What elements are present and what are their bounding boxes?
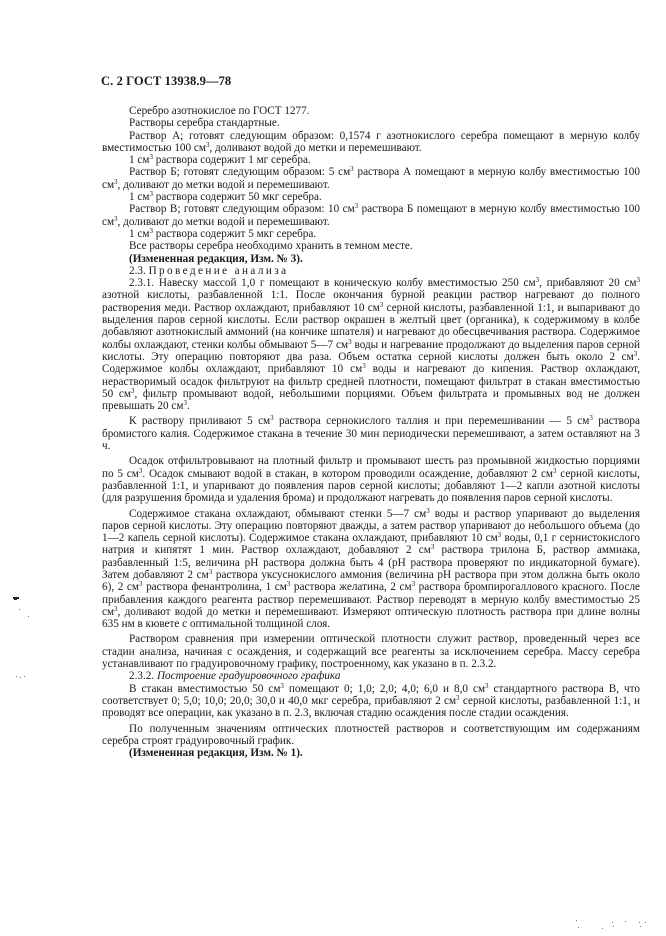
text-run: Раствор Б; готовят следующим образом: 5 … bbox=[129, 166, 350, 178]
text-run: , доливают водой до метки и перемешивают… bbox=[209, 142, 421, 154]
text-run: раствора желатина, 2 см bbox=[290, 581, 411, 593]
text-run: 2.3.1. Навеску массой 1,0 г помещают в к… bbox=[129, 277, 536, 289]
paragraph: В стакан вместимостью 50 см3 помещают 0;… bbox=[102, 683, 640, 720]
scan-speck bbox=[640, 926, 641, 927]
paragraph: (Измененная редакция, Изм. № 3). bbox=[102, 253, 640, 265]
text-run: Раствор В; готовят следующим образом: 10… bbox=[129, 203, 355, 215]
scan-speck bbox=[19, 609, 20, 610]
scan-speck bbox=[613, 926, 614, 927]
text-run: , прибавляют 20 см bbox=[539, 277, 636, 289]
scan-speck bbox=[602, 928, 603, 929]
text-run: (Измененная редакция, Изм. № 3). bbox=[129, 253, 303, 265]
paragraph: По полученным значениям оптических плотн… bbox=[102, 723, 640, 748]
page-header-title: С. 2 ГОСТ 13938.9—78 bbox=[101, 74, 231, 88]
scan-speck bbox=[28, 616, 29, 617]
scan-speck bbox=[625, 921, 626, 922]
text-run: помещают 0; 1,0; 2,0; 4,0; 6,0 и 8,0 см bbox=[284, 683, 485, 695]
text-run: . bbox=[187, 400, 190, 412]
paragraph: 2.3. Проведение анализа bbox=[102, 265, 640, 277]
text-run: , доливают водой до метки и перемешивают… bbox=[102, 606, 640, 630]
scan-speck bbox=[20, 677, 21, 678]
scan-speck bbox=[645, 922, 646, 923]
text-run: . Осадок смывают водой в стакан, в котор… bbox=[142, 468, 553, 480]
text-run: 1 см bbox=[129, 154, 149, 166]
text-run: Растворы серебра стандартные. bbox=[129, 117, 280, 129]
paragraph: 1 см3 раствора содержит 50 мкг серебра. bbox=[102, 191, 640, 203]
paragraph: Содержимое стакана охлаждают, обмывают с… bbox=[102, 508, 640, 631]
scan-speck bbox=[24, 676, 25, 677]
paragraph: Осадок отфильтровывают на плотный фильтр… bbox=[102, 455, 640, 504]
text-run: В стакан вместимостью 50 см bbox=[129, 683, 280, 695]
text-run: Построение градуировочного графика bbox=[157, 670, 340, 682]
paragraph: Раствор А; готовят следующим образом: 0,… bbox=[102, 130, 640, 155]
paragraph: 1 см3 раствора содержит 1 мг серебра. bbox=[102, 154, 640, 166]
text-run: Раствором сравнения при измерении оптиче… bbox=[102, 633, 640, 670]
text-run: , доливают до метки водой и перемешивают… bbox=[118, 179, 330, 191]
scan-speck bbox=[639, 922, 640, 923]
text-run: раствора фенантролина, 1 см bbox=[142, 581, 286, 593]
paragraph: 2.3.1. Навеску массой 1,0 г помещают в к… bbox=[102, 277, 640, 412]
text-run: Содержимое стакана охлаждают, обмывают с… bbox=[129, 508, 426, 520]
paragraph: Раствор Б; готовят следующим образом: 5 … bbox=[102, 166, 640, 191]
text-run: К раствору приливают 5 см bbox=[129, 415, 270, 427]
page-header: С. 2 ГОСТ 13938.9—78 bbox=[101, 74, 231, 89]
text-run: 2.3.2. bbox=[129, 670, 157, 682]
paragraph: Растворы серебра стандартные. bbox=[102, 117, 640, 129]
text-run: По полученным значениям оптических плотн… bbox=[102, 723, 640, 747]
text-run: Проведение анализа bbox=[149, 265, 289, 277]
paragraph: Серебро азотнокислое по ГОСТ 1277. bbox=[102, 105, 640, 117]
text-run: раствора сернокислого таллия и при перем… bbox=[274, 415, 590, 427]
text-run: раствора содержит 50 мкг серебра. bbox=[153, 191, 322, 203]
text-run: Серебро азотнокислое по ГОСТ 1277. bbox=[129, 105, 310, 117]
paragraph: К раствору приливают 5 см3 раствора серн… bbox=[102, 415, 640, 452]
paragraph: (Измененная редакция, Изм. № 1). bbox=[102, 747, 640, 759]
text-run: (Измененная редакция, Изм. № 1). bbox=[129, 747, 303, 759]
text-run: Все растворы серебра необходимо хранить … bbox=[129, 240, 413, 252]
text-run: 1 см bbox=[129, 228, 149, 240]
text-run: раствора содержит 1 мг серебра. bbox=[153, 154, 311, 166]
paragraph: Все растворы серебра необходимо хранить … bbox=[102, 240, 640, 252]
scan-artifact-mark bbox=[14, 599, 17, 600]
paragraph: Раствор В; готовят следующим образом: 10… bbox=[102, 203, 640, 228]
document-body: Серебро азотнокислое по ГОСТ 1277.Раство… bbox=[102, 105, 640, 759]
text-run: , доливают до метки водой и перемешивают… bbox=[118, 216, 330, 228]
paragraph: 1 см3 раствора содержит 5 мкг серебра. bbox=[102, 228, 640, 240]
superscript: 3 bbox=[637, 276, 641, 284]
text-run: 1 см bbox=[129, 191, 149, 203]
text-run: 2.3. bbox=[129, 265, 149, 277]
scan-speck bbox=[612, 922, 613, 923]
scan-speck bbox=[16, 676, 17, 677]
scan-speck bbox=[578, 927, 579, 928]
paragraph: Раствором сравнения при измерении оптиче… bbox=[102, 633, 640, 670]
text-run: раствора содержит 5 мкг серебра. bbox=[153, 228, 316, 240]
paragraph: 2.3.2. Построение градуировочного график… bbox=[102, 670, 640, 682]
scan-speck bbox=[576, 920, 577, 921]
